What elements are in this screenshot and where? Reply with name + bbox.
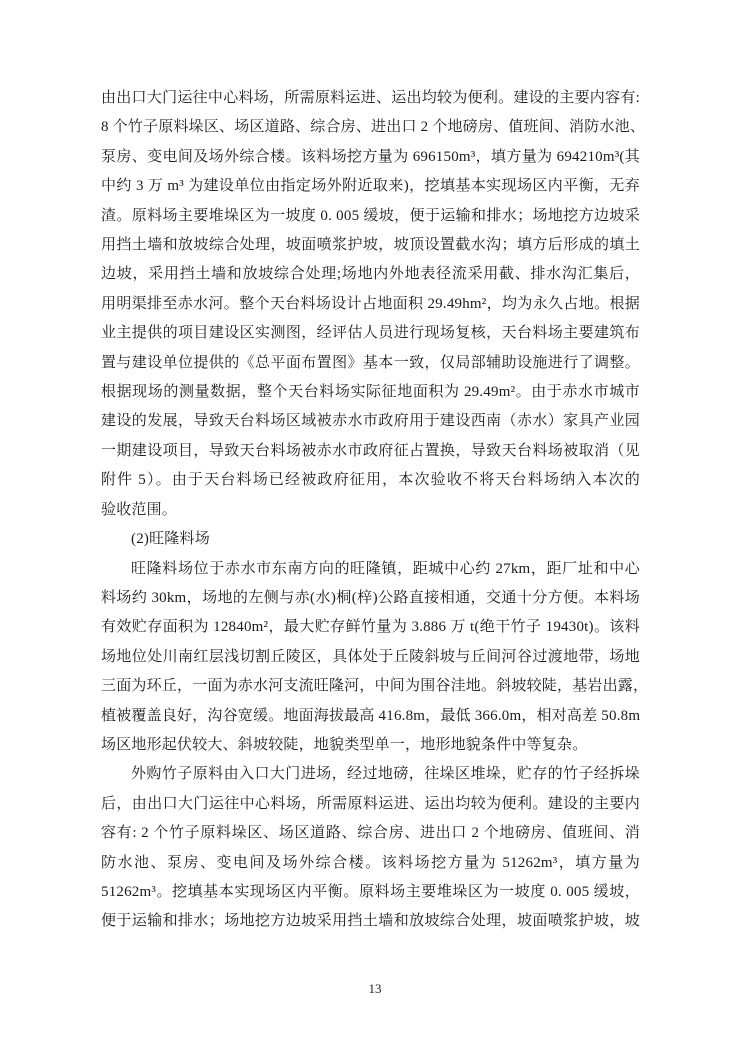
paragraph-wanglong-location: 旺隆料场位于赤水市东南方向的旺隆镇，距城中心约 27km，距厂址和中心 料场约 … [101, 555, 640, 761]
text-line: 8 个竹子原料垛区、场区道路、综合房、进出口 2 个地磅房、值班间、消防水池、 [101, 113, 640, 142]
paragraph-tiantai-continuation: 由出口大门运往中心料场，所需原料运进、运出均较为便利。建设的主要内容有: 8 个… [101, 84, 640, 525]
text-line: 外购竹子原料由入口大门进场，经过地磅，往垛区堆垛，贮存的竹子经拆垛 [101, 760, 640, 789]
text-line: 有效贮存面积为 12840m²，最大贮存鲜竹量为 3.886 万 t(绝干竹子 … [101, 613, 640, 642]
text-line: 旺隆料场位于赤水市东南方向的旺隆镇，距城中心约 27km，距厂址和中心 [101, 555, 640, 584]
text-line: 验收范围。 [101, 496, 640, 525]
text-line: 中约 3 万 m³ 为建设单位由指定场外附近取来)，挖填基本实现场区内平衡，无弃 [101, 172, 640, 201]
page-number: 13 [0, 981, 750, 997]
text-line: 料场约 30km，场地的左侧与赤(水)桐(梓)公路直接相通，交通十分方便。本料场 [101, 584, 640, 613]
text-line: 防水池、泵房、变电间及场外综合楼。该料场挖方量为 51262m³，填方量为 [101, 849, 640, 878]
text-line: 根据现场的测量数据，整个天台料场实际征地面积为 29.49m²。由于赤水市城市 [101, 378, 640, 407]
text-line: 置与建设单位提供的《总平面布置图》基本一致，仅局部辅助设施进行了调整。 [101, 349, 640, 378]
document-page: 由出口大门运往中心料场，所需原料运进、运出均较为便利。建设的主要内容有: 8 个… [0, 0, 750, 1061]
text-line: 一期建设项目，导致天台料场被赤水市政府征占置换，导致天台料场被取消（见 [101, 437, 640, 466]
text-line: 边坡，采用挡土墙和放坡综合处理;场地内外地表径流采用截、排水沟汇集后， [101, 260, 640, 289]
text-line: 三面为环丘，一面为赤水河支流旺隆河，中间为围谷洼地。斜坡较陡，基岩出露， [101, 672, 640, 701]
text-line: 51262m³。挖填基本实现场区内平衡。原料场主要堆垛区为一坡度 0. 005 … [101, 878, 640, 907]
paragraph-wanglong-construction: 外购竹子原料由入口大门进场，经过地磅，往垛区堆垛，贮存的竹子经拆垛 后，由出口大… [101, 760, 640, 936]
text-line: 后，由出口大门运往中心料场，所需原料运进、运出均较为便利。建设的主要内 [101, 790, 640, 819]
text-line: 建设的发展，导致天台料场区域被赤水市政府用于建设西南（赤水）家具产业园 [101, 407, 640, 436]
text-line: 便于运输和排水；场地挖方边坡采用挡土墙和放坡综合处理，坡面喷浆护坡，坡 [101, 907, 640, 936]
text-line: 植被覆盖良好，沟谷宽缓。地面海拔最高 416.8m，最低 366.0m，相对高差… [101, 702, 640, 731]
paragraph-wanglong-heading: (2)旺隆料场 [101, 525, 640, 554]
document-text-block: 由出口大门运往中心料场，所需原料运进、运出均较为便利。建设的主要内容有: 8 个… [101, 84, 640, 937]
text-line: 用明渠排至赤水河。整个天台料场设计占地面积 29.49hm²，均为永久占地。根据 [101, 290, 640, 319]
text-line: 附件 5）。由于天台料场已经被政府征用，本次验收不将天台料场纳入本次的 [101, 466, 640, 495]
text-line: 场区地形起伏较大、斜坡较陡，地貌类型单一，地形地貌条件中等复杂。 [101, 731, 640, 760]
text-line: 渣。原料场主要堆垛区为一坡度 0. 005 缓坡，便于运输和排水；场地挖方边坡采 [101, 202, 640, 231]
text-line: 业主提供的项目建设区实测图，经评估人员进行现场复核，天台料场主要建筑布 [101, 319, 640, 348]
text-line: 泵房、变电间及场外综合楼。该料场挖方量为 696150m³，填方量为 69421… [101, 143, 640, 172]
text-line: 场地位处川南红层浅切割丘陵区，具体处于丘陵斜坡与丘间河谷过渡地带，场地 [101, 643, 640, 672]
text-line: 用挡土墙和放坡综合处理，坡面喷浆护坡，坡顶设置截水沟；填方后形成的填土 [101, 231, 640, 260]
text-line: 容有: 2 个竹子原料垛区、场区道路、综合房、进出口 2 个地磅房、值班间、消 [101, 819, 640, 848]
text-line: 由出口大门运往中心料场，所需原料运进、运出均较为便利。建设的主要内容有: [101, 84, 640, 113]
section-heading: (2)旺隆料场 [101, 525, 640, 554]
